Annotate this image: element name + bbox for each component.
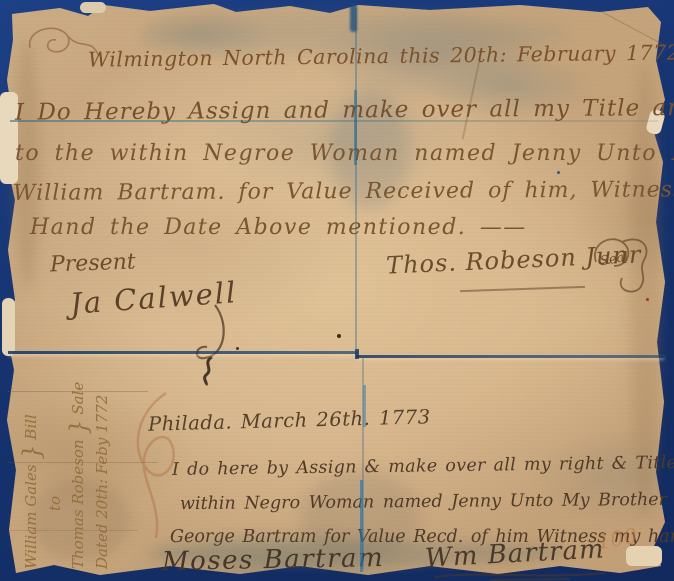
edge-chip-bottom-right <box>626 546 662 566</box>
ink-speck-2 <box>236 347 239 350</box>
ink-mark-icon <box>198 355 220 387</box>
vertical-crease-lower-blue-segment-2 <box>363 385 366 427</box>
horizontal-crease-upper <box>10 120 658 122</box>
docket-party-to: Thomas Robeson <box>69 439 87 569</box>
docket-line-to: Thomas Robeson } Sale <box>67 357 91 569</box>
vertical-crease-upper-dark-segment <box>354 90 357 165</box>
red-speck <box>646 298 649 301</box>
upper-body-line-4: Hand the Date Above mentioned. —— <box>30 215 527 240</box>
upper-body-line-3: William Bartram. for Value Received of h… <box>13 177 674 206</box>
docket-crease-1 <box>8 391 148 392</box>
docket-line-from: William Gales } Bill <box>20 357 44 569</box>
edge-chip-left-lower <box>2 298 15 356</box>
edge-chip-top <box>80 2 106 13</box>
center-fold-right <box>356 355 664 358</box>
docket-label-bill: Bill <box>22 414 40 439</box>
docket-dated: Dated 20th: Feby 1772 <box>91 357 114 569</box>
ink-speck-1 <box>337 334 341 338</box>
docket-sale-brace: } <box>65 419 93 434</box>
upper-body-line-2: to the within Negroe Woman named Jenny U… <box>15 141 674 166</box>
docket-label-sale: Sale <box>69 382 87 415</box>
moses-bartram-signature: Moses Bartram <box>162 543 385 577</box>
docket-party-from: William Gales <box>22 464 40 569</box>
lower-body-line-2: within Negro Woman named Jenny Unto My B… <box>180 490 667 514</box>
docket-bill-brace: } <box>18 444 46 459</box>
docket-crease-3 <box>8 530 138 531</box>
vertical-crease-upper <box>355 8 357 352</box>
vertical-crease-lower-blue-segment-1 <box>360 480 363 572</box>
scanned-document: Wilmington North Carolina this 20th: Feb… <box>0 0 674 581</box>
docket-crease-2 <box>8 462 158 463</box>
blue-speck <box>557 171 560 174</box>
docket-connector: to <box>44 357 67 511</box>
present-label: Present <box>50 250 136 278</box>
signature-underline-flourish-icon <box>430 569 610 581</box>
blue-ink-stain-top <box>350 2 357 32</box>
center-fold-left <box>8 351 358 354</box>
